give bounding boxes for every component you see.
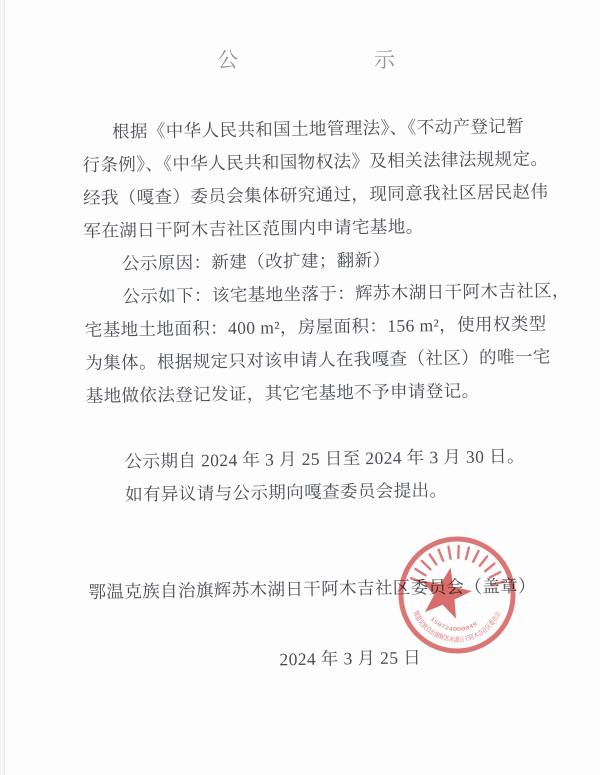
star-icon — [415, 562, 475, 620]
detail-line: 为集体。根据规定只对该申请人在我嘎查（社区）的唯一宅 — [85, 340, 555, 380]
period-line: 公示期自 2024 年 3 月 25 日至 2024 年 3 月 30 日。 — [86, 439, 556, 479]
official-seal: 鄂温克族自治旗辉苏木湖日干阿木吉社区委员会 150724000049 — [395, 533, 519, 657]
body-line: 经我（嘎查）委员会集体研究通过，现同意我社区居民赵伟 — [83, 175, 553, 215]
scan-edge-artifact — [0, 0, 5, 775]
announcement-page: 公示 根据《中华人民共和国土地管理法》、《不动产登记暂 行条例》、《中华人民共和… — [0, 0, 600, 775]
page-title: 公示 — [217, 44, 531, 74]
